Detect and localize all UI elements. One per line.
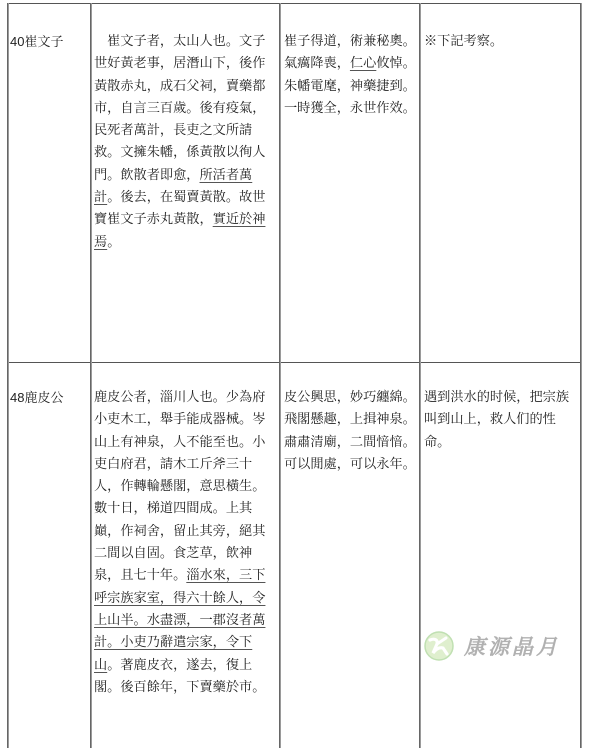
text-segment: 鹿皮公者，淄川人也。少為府小吏木工，舉手能成器械。岑山上有神泉，人不能至也。小吏… [94,390,265,583]
original-text: 崔文子者，太山人也。文子世好黃老事，居潛山下，後作黃散赤丸，成石父祠，賣藥都市，… [94,31,276,254]
eulogy-text: 崔子得道，術兼秘奧。氣癘降喪，仁心攸悼。朱幡電麾，神藥捷到。一時獲全，永世作效。 [284,31,416,120]
underlined-phrase: 仁心 [350,56,376,71]
text-segment: 。著鹿皮衣，遂去，復上閣。後百餘年，下賣藥於市。 [94,658,265,695]
watermark: 康源晶月 [424,631,560,661]
text-segment: 崔文子者，太山人也。文子世好黃老事，居潛山下，後作黃散赤丸，成石父祠，賣藥都市，… [94,34,265,183]
row-divider [7,362,581,363]
column-divider [90,3,92,748]
table-left-border [7,3,9,748]
note-text: ※下記考察。 [424,31,576,53]
watermark-text: 康源晶月 [464,631,560,661]
row-name: 48鹿皮公 [10,387,88,409]
column-divider [279,3,281,748]
kangyuan-logo-icon [424,631,454,661]
table-right-border [580,3,582,748]
text-segment: 皮公興思，妙巧纏綿。飛閣懸趣，上揖神泉。肅肅清廟，二間愔愔。可以閒處，可以永年。 [284,390,416,472]
row-name: 40崔文子 [10,31,88,53]
note-text: 遇到洪水的时候，把宗族叫到山上，救人们的性命。 [424,387,576,454]
text-segment: 。 [107,235,120,250]
column-divider [419,3,421,748]
original-text: 鹿皮公者，淄川人也。少為府小吏木工，舉手能成器械。岑山上有神泉，人不能至也。小吏… [94,387,276,699]
eulogy-text: 皮公興思，妙巧纏綿。飛閣懸趣，上揖神泉。肅肅清廟，二間愔愔。可以閒處，可以永年。 [284,387,416,476]
table-top-border [7,3,581,4]
